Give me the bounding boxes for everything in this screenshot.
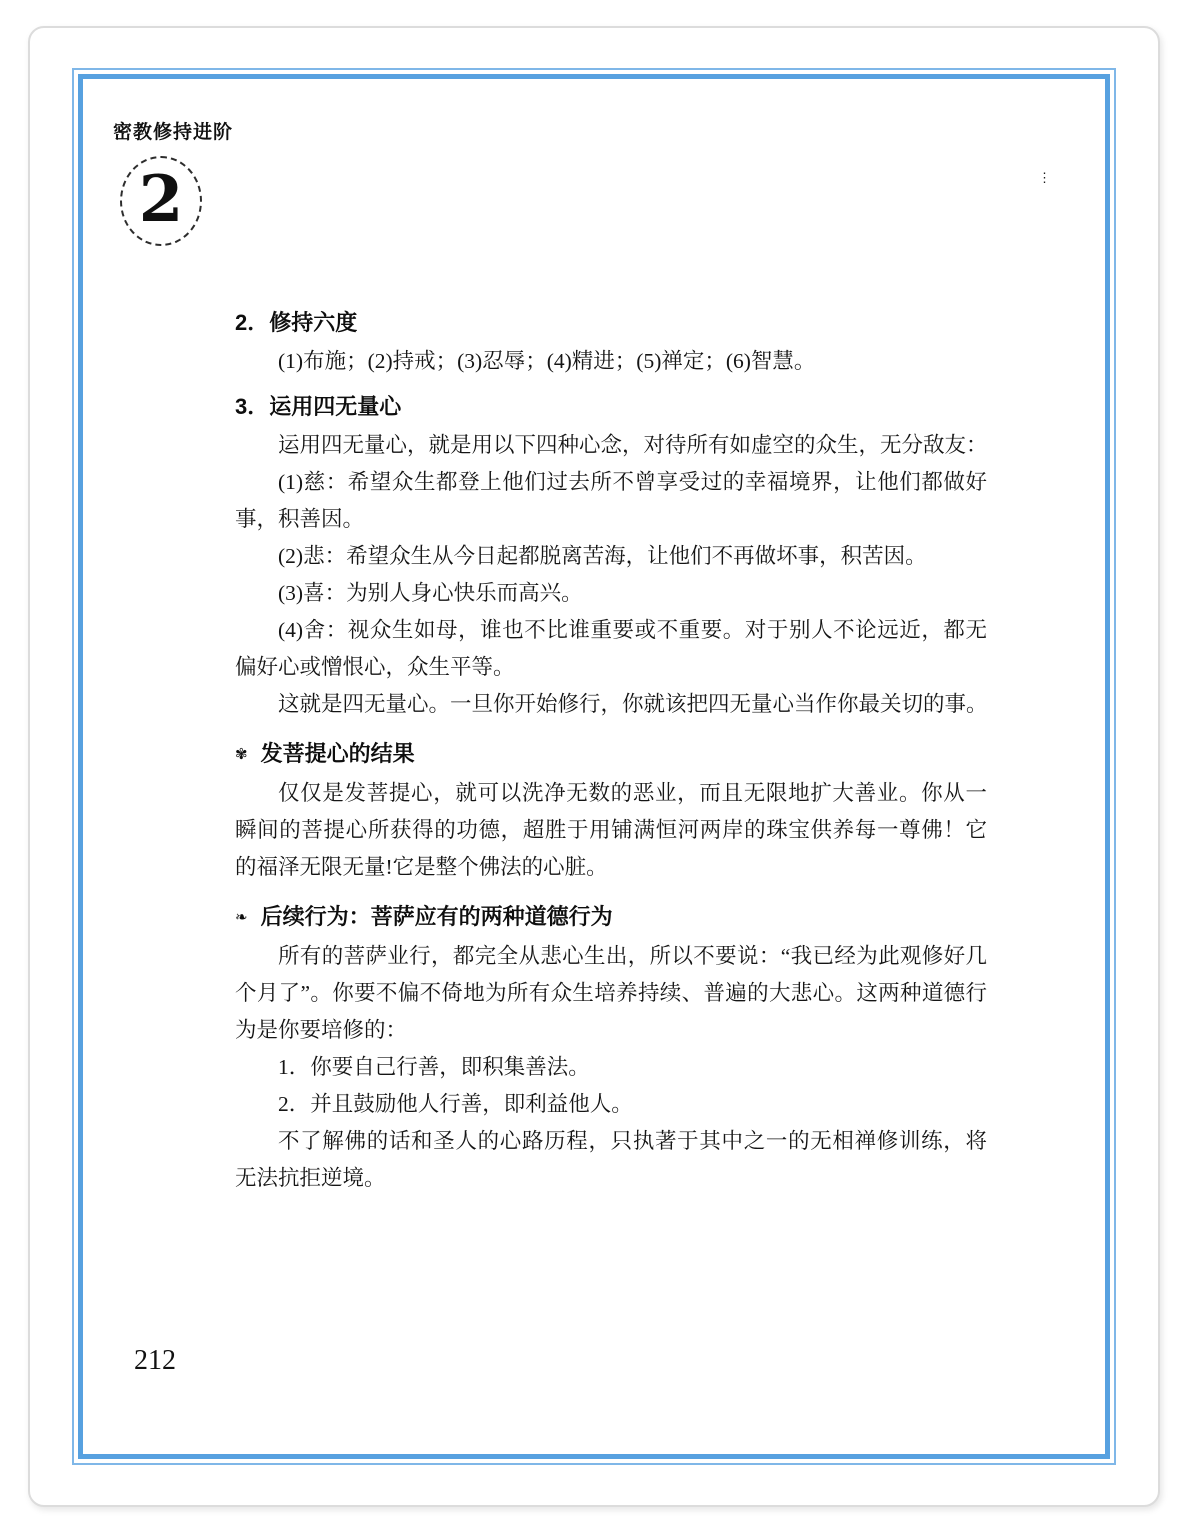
text-line: 这就是四无量心。一旦你开始修行，你就该把四无量心当作你最关切的事。 — [235, 686, 987, 723]
text-line: 偏好心或憎恨心，众生平等。 — [235, 649, 987, 686]
book-page-scan: { "header": { "series_title": "密教修持进阶", … — [0, 0, 1188, 1533]
body-text: 2．修持六度(1)布施；(2)持戒；(3)忍辱；(4)精进；(5)禅定；(6)智… — [235, 296, 987, 1197]
text-line: (3)喜：为别人身心快乐而高兴。 — [235, 575, 987, 612]
text-line: 的福泽无限无量!它是整个佛法的心脏。 — [235, 849, 987, 886]
scan-artifact-dots: ⋮ — [1038, 174, 1051, 182]
chapter-number-badge: 2 — [120, 156, 202, 246]
text-line: 1．你要自己行善，即积集善法。 — [235, 1049, 987, 1086]
text-line: 个月了”。你要不偏不倚地为所有众生培养持续、普遍的大悲心。这两种道德行 — [235, 975, 987, 1012]
flower-marker-icon: ✾ — [235, 736, 248, 773]
page-number: 212 — [134, 1345, 176, 1377]
section-heading: ✾发菩提心的结果 — [235, 735, 987, 772]
text-line: 所有的菩萨业行，都完全从悲心生出，所以不要说：“我已经为此观修好几 — [235, 938, 987, 975]
text-line: 事，积善因。 — [235, 501, 987, 538]
numbered-subheading: 3．运用四无量心 — [235, 388, 987, 425]
section-heading: ❧后续行为：菩萨应有的两种道德行为 — [235, 898, 987, 935]
section-heading-label: 后续行为：菩萨应有的两种道德行为 — [261, 904, 613, 929]
text-line: 仅仅是发菩提心，就可以洗净无数的恶业，而且无限地扩大善业。你从一 — [235, 775, 987, 812]
text-line: (1)慈：希望众生都登上他们过去所不曾享受过的幸福境界，让他们都做好 — [235, 464, 987, 501]
chapter-number: 2 — [139, 168, 184, 232]
text-line: 不了解佛的话和圣人的心路历程，只执著于其中之一的无相禅修训练，将 — [235, 1123, 987, 1160]
section-heading-label: 发菩提心的结果 — [261, 741, 415, 766]
text-line: 瞬间的菩提心所获得的功德，超胜于用铺满恒河两岸的珠宝供养每一尊佛！它 — [235, 812, 987, 849]
leaf-marker-icon: ❧ — [235, 899, 248, 936]
text-line: 运用四无量心，就是用以下四种心念，对待所有如虚空的众生，无分敌友： — [235, 427, 987, 464]
numbered-subheading: 2．修持六度 — [235, 304, 987, 341]
text-line: 2．并且鼓励他人行善，即利益他人。 — [235, 1086, 987, 1123]
text-line: (1)布施；(2)持戒；(3)忍辱；(4)精进；(5)禅定；(6)智慧。 — [235, 343, 987, 380]
text-line: (2)悲：希望众生从今日起都脱离苦海，让他们不再做坏事，积苦因。 — [235, 538, 987, 575]
text-line: 无法抗拒逆境。 — [235, 1160, 987, 1197]
text-line: 为是你要培修的： — [235, 1012, 987, 1049]
text-line: (4)舍：视众生如母，谁也不比谁重要或不重要。对于别人不论远近，都无 — [235, 612, 987, 649]
series-title: 密教修持进阶 — [113, 117, 233, 144]
